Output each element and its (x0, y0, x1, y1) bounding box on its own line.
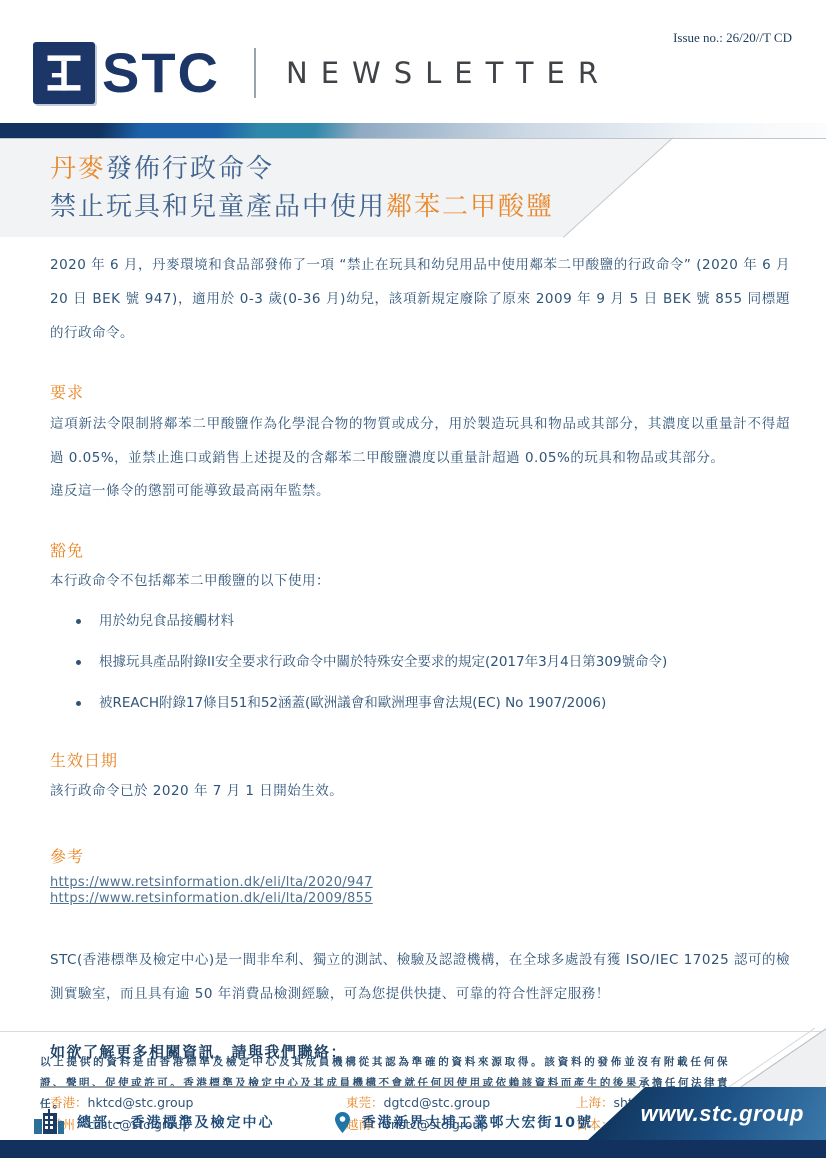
exemption-item-text: 用於幼兒食品接觸材料 (99, 608, 234, 634)
list-item: 被REACH附錄17條目51和52涵蓋(歐洲議會和歐洲理事會法規(EC) No … (76, 690, 790, 716)
title-line1-rest: 發佈行政命令 (106, 154, 274, 184)
exemptions-list: 用於幼兒食品接觸材料 根據玩具產品附錄II安全要求行政命令中關於特殊安全要求的規… (50, 608, 790, 716)
exemptions-intro: 本行政命令不包括鄰苯二甲酸鹽的以下使用： (50, 565, 790, 598)
issue-number: Issue no.: 26/20//T CD (673, 30, 792, 46)
requirements-penalty: 違反這一條令的懲罰可能導致最高兩年監禁。 (50, 475, 790, 508)
intro-paragraph: 2020 年 6 月，丹麥環境和食品部發佈了一項 “禁止在玩具和幼兒用品中使用鄰… (50, 248, 790, 350)
article-body: 2020 年 6 月，丹麥環境和食品部發佈了一項 “禁止在玩具和幼兒用品中使用鄰… (50, 248, 790, 1158)
section-heading-requirements: 要求 (50, 380, 790, 403)
bullet-icon (76, 619, 81, 624)
header-divider (254, 48, 256, 98)
about-stc-paragraph: STC(香港標準及檢定中心)是一間非牟利、獨立的測試、檢驗及認證機構，在全球多處… (50, 943, 790, 1011)
reference-link-2[interactable]: https://www.retsinformation.dk/eli/lta/2… (50, 891, 790, 907)
title-line1-highlight: 丹麥 (50, 154, 106, 184)
exemption-item-text: 根據玩具產品附錄II安全要求行政命令中關於特殊安全要求的規定(2017年3月4日… (99, 649, 667, 675)
list-item: 用於幼兒食品接觸材料 (76, 608, 790, 634)
section-heading-references: 參考 (50, 844, 790, 867)
footer-address: 香港新界大埔工業邨大宏街10號 (362, 1112, 593, 1132)
bullet-icon (76, 660, 81, 665)
reference-link-1[interactable]: https://www.retsinformation.dk/eli/lta/2… (50, 875, 790, 891)
title-banner: 丹麥發佈行政命令 禁止玩具和兒童產品中使用鄰苯二甲酸鹽 (0, 139, 826, 237)
footer-address-group: 香港新界大埔工業邨大宏街10號 (335, 1112, 593, 1133)
exemption-item-text: 被REACH附錄17條目51和52涵蓋(歐洲議會和歐洲理事會法規(EC) No … (99, 690, 606, 716)
effective-date-paragraph: 該行政命令已於 2020 年 7 月 1 日開始生效。 (50, 775, 790, 808)
website-url[interactable]: www.stc.group (641, 1101, 804, 1127)
stc-logo-glyph (42, 51, 86, 95)
bottom-navy-bar (0, 1140, 826, 1158)
footer-contact-row: 總部 - 香港標準及檢定中心 香港新界大埔工業邨大宏街10號 (33, 1104, 593, 1140)
header-logo-row: STC NEWSLETTER (33, 40, 611, 106)
title-line2-highlight: 鄰苯二甲酸鹽 (386, 192, 554, 222)
stc-logo (33, 42, 95, 104)
page-title: 丹麥發佈行政命令 禁止玩具和兒童產品中使用鄰苯二甲酸鹽 (0, 139, 826, 226)
title-line-1: 丹麥發佈行政命令 (50, 150, 826, 188)
title-line-2: 禁止玩具和兒童產品中使用鄰苯二甲酸鹽 (50, 188, 826, 226)
list-item: 根據玩具產品附錄II安全要求行政命令中關於特殊安全要求的規定(2017年3月4日… (76, 649, 790, 675)
footer-top-divider (0, 1031, 826, 1032)
requirements-paragraph: 這項新法令限制將鄰苯二甲酸鹽作為化學混合物的物質或成分，用於製造玩具和物品或其部… (50, 407, 790, 475)
title-line2-rest: 禁止玩具和兒童產品中使用 (50, 192, 386, 222)
header-gradient-bar (0, 123, 826, 139)
newsletter-page: Issue no.: 26/20//T CD STC NEWSLETTER 丹麥… (0, 0, 826, 1170)
footer-rule (40, 1086, 640, 1088)
stc-wordmark: STC (102, 45, 220, 101)
building-icon (33, 1109, 65, 1135)
location-pin-icon (335, 1112, 350, 1133)
newsletter-label: NEWSLETTER (286, 56, 611, 90)
footer-hq-label: 總部 - 香港標準及檢定中心 (77, 1112, 275, 1132)
bullet-icon (76, 701, 81, 706)
section-heading-exemptions: 豁免 (50, 538, 790, 561)
section-heading-effective-date: 生效日期 (50, 748, 790, 771)
